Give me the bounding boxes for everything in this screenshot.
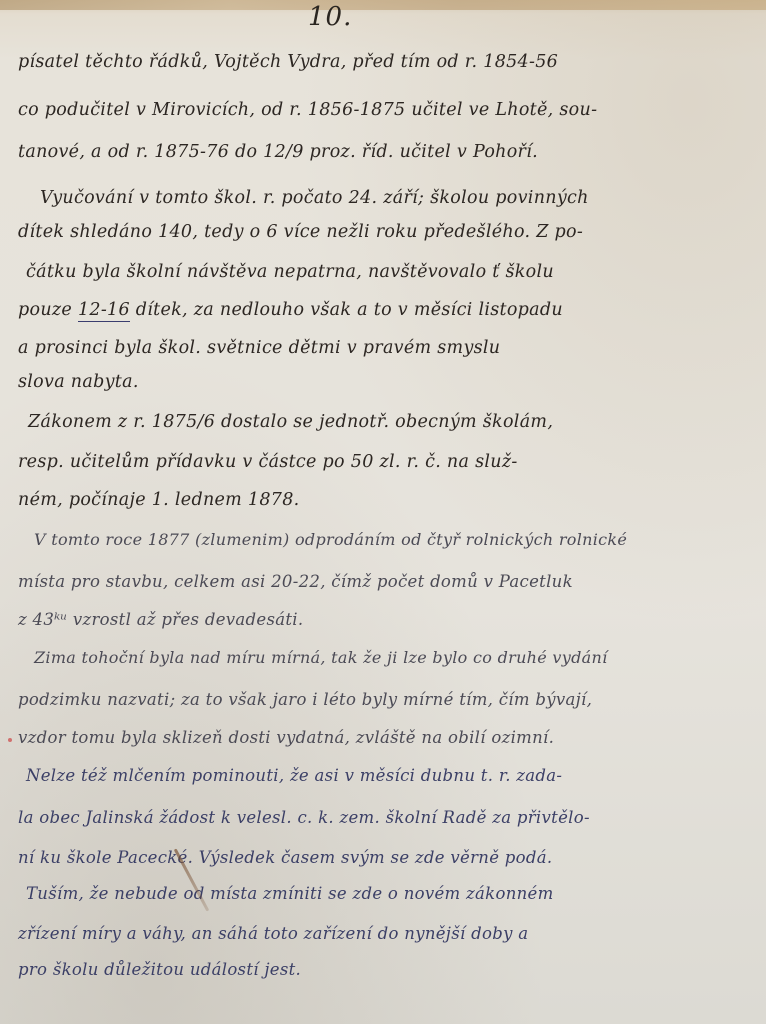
- text-line-20: la obec Jalinská žádost k velesl. c. k. …: [18, 808, 590, 827]
- text-line-16: Zima tohoční byla nad míru mírná, tak že…: [34, 648, 608, 667]
- text-line-19: Nelze též mlčením pominouti, že asi v mě…: [26, 766, 562, 785]
- text-line-12: ném, počínaje 1. lednem 1878.: [18, 490, 300, 510]
- text-line-24: pro školu důležitou událostí jest.: [18, 960, 301, 979]
- text-line-3: tanové, a od r. 1875-76 do 12/9 proz. ří…: [18, 142, 538, 162]
- text-line-14: místa pro stavbu, celkem asi 20-22, čímž…: [18, 572, 573, 591]
- page-number: 10.: [308, 2, 352, 32]
- text-line-7-prefix: pouze: [18, 300, 78, 320]
- red-mark: [8, 738, 12, 742]
- text-line-2: co podučitel v Mirovicích, od r. 1856-18…: [18, 100, 597, 120]
- document-page: 10. písatel těchto řádků, Vojtěch Vydra,…: [0, 0, 766, 1024]
- text-line-17: podzimku nazvati; za to však jaro i léto…: [18, 690, 592, 709]
- text-line-9: slova nabyta.: [18, 372, 139, 392]
- text-line-7: pouze 12-16 dítek, za nedlouho však a to…: [18, 300, 563, 320]
- text-line-23: zřízení míry a váhy, an sáhá toto zaříze…: [18, 924, 528, 943]
- text-line-13: V tomto roce 1877 (zlumenim) odprodáním …: [34, 530, 627, 549]
- text-line-11: resp. učitelům přídavku v částce po 50 z…: [18, 452, 518, 472]
- text-line-6: čátku byla školní návštěva nepatrna, nav…: [26, 262, 554, 282]
- text-line-21: ní ku škole Pacecké. Výsledek časem svým…: [18, 848, 552, 867]
- text-line-5: dítek shledáno 140, tedy o 6 více nežli …: [18, 222, 583, 242]
- text-line-4: Vyučování v tomto škol. r. počato 24. zá…: [40, 188, 589, 208]
- text-line-22: Tuším, že nebude od místa zmíniti se zde…: [26, 884, 554, 903]
- text-line-7-suffix: dítek, za nedlouho však a to v měsíci li…: [130, 300, 563, 320]
- text-line-15: z 43ᵏᵘ vzrostl až přes devadesáti.: [18, 610, 303, 629]
- text-line-8: a prosinci byla škol. světnice dětmi v p…: [18, 338, 500, 358]
- underlined-count: 12-16: [78, 300, 130, 322]
- text-line-1: písatel těchto řádků, Vojtěch Vydra, pře…: [18, 52, 558, 72]
- text-line-18: vzdor tomu byla sklizeň dosti vydatná, z…: [18, 728, 554, 747]
- page-top-edge: [0, 0, 766, 10]
- text-line-10: Zákonem z r. 1875/6 dostalo se jednotř. …: [28, 412, 553, 432]
